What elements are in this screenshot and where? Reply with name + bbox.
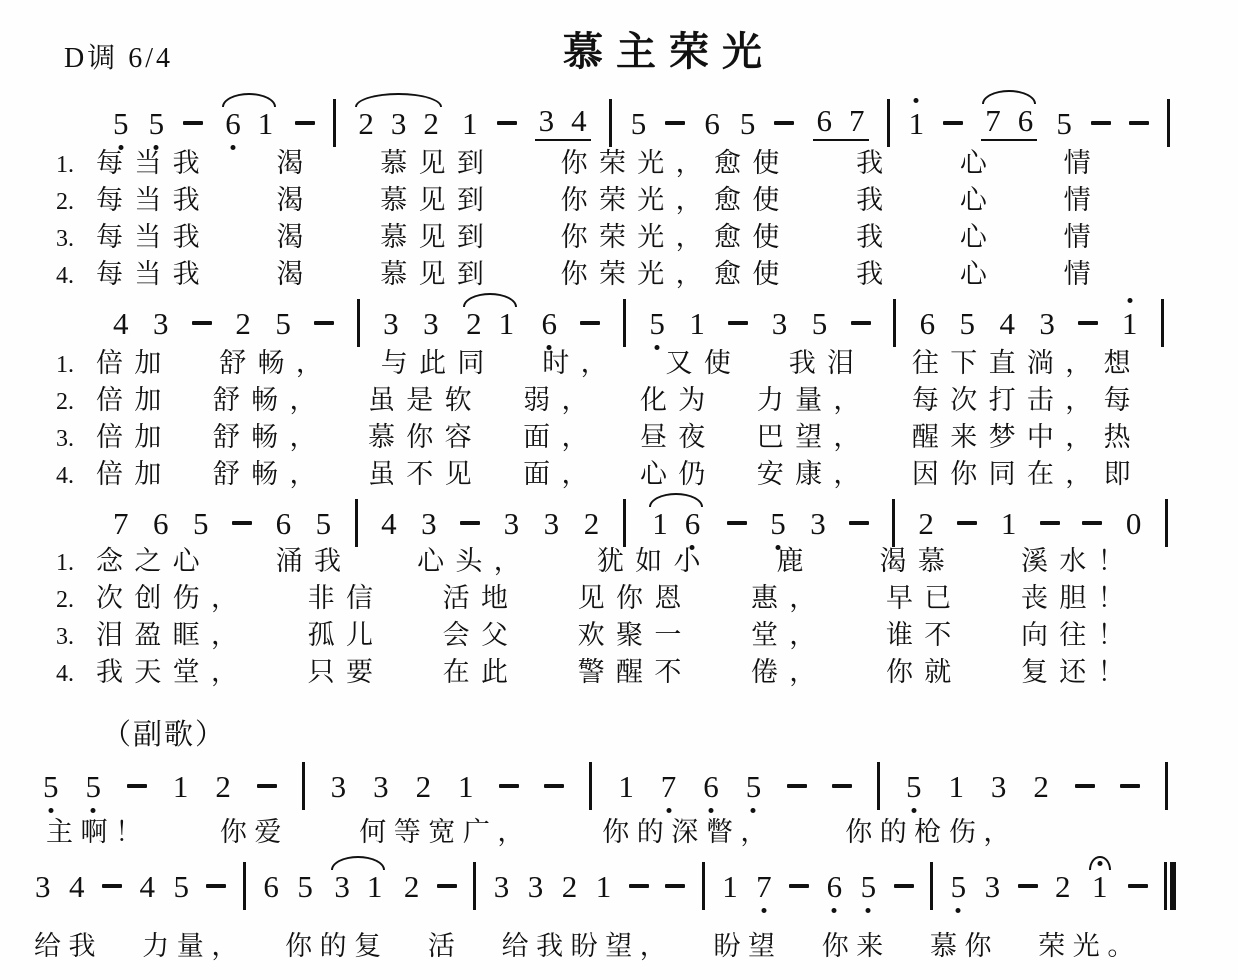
verse-number: 4. [56, 463, 84, 490]
lyric-segment: 早已 [886, 576, 963, 615]
duration-dash [497, 121, 517, 125]
lyric-segment: 堂， [751, 613, 828, 652]
lyric-segment: 你的深瞥， [602, 810, 775, 849]
note-digit: 3 [985, 871, 1001, 902]
note: 1 [366, 871, 384, 902]
beam-group: 34 [535, 105, 591, 141]
lyric-segments: 倍加舒畅，慕你容面，昼夜巴望，醒来梦中，热 [96, 415, 1142, 454]
lyric-row: 主啊！你爱何等宽广，你的深瞥，你的枪伤， [46, 810, 1018, 847]
note: 1 [498, 308, 516, 339]
note-digit: 7 [661, 771, 677, 802]
note: 2 [1054, 871, 1072, 902]
note-digit: 3 [391, 108, 407, 139]
note: 1 [617, 771, 635, 802]
lyric-segment: 你荣光，愈使 [561, 178, 791, 217]
duration-dash [943, 121, 963, 125]
note: 2 [1032, 771, 1050, 802]
note: 3 [990, 771, 1008, 802]
note-digit: 5 [275, 308, 291, 339]
note-digit: 5 [740, 108, 756, 139]
lyric-segment: 力量， [142, 924, 246, 963]
note-digit: 2 [466, 308, 482, 339]
lyric-segment: 向往！ [1021, 613, 1136, 652]
note: 5 [148, 108, 166, 139]
note-digit: 3 [334, 871, 350, 902]
lyric-row: 4.每当我渴慕见到你荣光，愈使我心情 [56, 252, 1102, 289]
lyric-segment: 渴慕 [880, 539, 957, 578]
lyric-segment: 你来 [822, 924, 891, 963]
lyric-segment: 盼望 [714, 924, 783, 963]
lyric-segment: 我泪 [789, 341, 866, 380]
lyric-segment: 鹿 [777, 539, 815, 578]
note-digit: 4 [113, 308, 129, 339]
note-digit: 3 [373, 771, 389, 802]
lyric-segment: 心 [960, 252, 998, 291]
lyric-segment: 每当我 [96, 141, 211, 180]
lyric-segment: 虽是软 [368, 378, 483, 417]
verse-number: 2. [56, 189, 84, 216]
note: 3 [372, 771, 390, 802]
note-digit: 2 [215, 771, 231, 802]
duration-dash [787, 784, 807, 788]
duration-dash [544, 784, 564, 788]
lyric-segment: 给我 [34, 924, 103, 963]
lyric-segment: 荣光。 [1038, 924, 1142, 963]
note-digit: 3 [331, 771, 347, 802]
note: 3 [152, 308, 170, 339]
note-digit: 1 [722, 871, 738, 902]
duration-dash [665, 121, 685, 125]
note-digit: 1 [618, 771, 634, 802]
slur-arc [222, 93, 276, 107]
note-digit: 1 [258, 108, 274, 139]
note-digit: 3 [383, 308, 399, 339]
lyric-segment: 面， [523, 415, 600, 454]
note-digit: 7 [756, 871, 772, 902]
lyric-segment: 倍加 [96, 378, 173, 417]
note-digit: 6 [542, 308, 558, 339]
note-digit: 6 [685, 508, 701, 539]
lyric-row: 1.每当我渴慕见到你荣光，愈使我心情 [56, 141, 1102, 178]
verse-number: 2. [56, 389, 84, 416]
note: 6 [1017, 105, 1035, 136]
duration-dash [1082, 521, 1102, 525]
octave-dot-below [956, 908, 961, 913]
note-digit: 2 [1055, 871, 1071, 902]
lyric-segment: 慕见到 [380, 141, 495, 180]
note: 4 [570, 105, 588, 136]
note: 1 [947, 771, 965, 802]
note: 5 [811, 308, 829, 339]
note-digit: 1 [367, 871, 383, 902]
note: 5 [905, 771, 923, 802]
verse-number: 4. [56, 661, 84, 688]
note-digit: 6 [1018, 105, 1034, 136]
note-digit: 3 [421, 508, 437, 539]
lyric-segment: 复还！ [1021, 650, 1136, 689]
note-digit: 5 [316, 508, 332, 539]
barline [589, 762, 592, 810]
note-digit: 5 [631, 108, 647, 139]
lyrics-chorus-line-2: 给我力量，你的复活给我盼望，盼望你来慕你荣光。 [34, 924, 1142, 961]
duration-dash [1040, 521, 1060, 525]
lyric-segment: 慕见到 [380, 178, 495, 217]
barline [930, 862, 933, 910]
duration-dash [257, 784, 277, 788]
note: 1 [457, 771, 475, 802]
note: 5 [860, 871, 878, 902]
lyric-segment: 倍加 [96, 452, 173, 491]
lyric-segment: 主啊！ [46, 810, 150, 849]
note: 2 [234, 308, 252, 339]
barline [473, 862, 476, 910]
note: 2 [583, 508, 601, 539]
duration-dash [1078, 321, 1098, 325]
duration-dash [102, 884, 122, 888]
lyric-segment: 我天堂， [96, 650, 249, 689]
lyric-segment: 往下直淌，想 [912, 341, 1142, 380]
octave-dot-below [832, 908, 837, 913]
note-digit: 6 [827, 871, 843, 902]
lyric-segments: 每当我渴慕见到你荣光，愈使我心情 [96, 215, 1102, 254]
note: 3 [420, 508, 438, 539]
note: 5 [274, 308, 292, 339]
note: 5 [296, 871, 314, 902]
sheet-music-page: 慕主荣光 D调 6/4 5561232134565671765 1.每当我渴慕见… [0, 0, 1238, 980]
lyric-segments: 泪盈眶，孤儿会父欢聚一堂，谁不向往！ [96, 613, 1136, 652]
octave-dot-above [1097, 861, 1102, 866]
note: 6 [826, 871, 844, 902]
lyric-segment: 在此 [443, 650, 520, 689]
note: 5 [192, 508, 210, 539]
note: 5 [84, 771, 102, 802]
lyric-segment: 巴望， [757, 415, 872, 454]
beam-group: 67 [813, 105, 869, 141]
note: 3 [503, 508, 521, 539]
lyric-segments: 每当我渴慕见到你荣光，愈使我心情 [96, 141, 1102, 180]
barline [1167, 99, 1170, 147]
music-line-4-chorus: 5512332117655132 [42, 757, 1168, 815]
lyric-segment: 醒来梦中，热 [912, 415, 1142, 454]
duration-dash [580, 321, 600, 325]
note-digit: 1 [1122, 308, 1138, 339]
duration-dash [665, 884, 685, 888]
note-digit: 2 [404, 871, 420, 902]
final-barline-thick [1170, 862, 1176, 910]
note: 3 [493, 871, 511, 902]
note-digit: 6 [817, 105, 833, 136]
verse-number: 3. [56, 426, 84, 453]
lyric-segment: 倍加 [96, 415, 173, 454]
note: 4 [68, 871, 86, 902]
lyric-segments: 念之心涌我心头，犹如小鹿渴慕溪水！ [96, 539, 1136, 578]
lyric-row: 3.每当我渴慕见到你荣光，愈使我心情 [56, 215, 1102, 252]
note-digit: 3 [810, 508, 826, 539]
barline [609, 99, 612, 147]
lyric-segments: 倍加舒畅，虽不见面，心仍安康，因你同在，即 [96, 452, 1142, 491]
duration-dash [295, 121, 315, 125]
note-digit: 5 [173, 871, 189, 902]
note: 1 [651, 508, 669, 539]
lyric-segment: 与此同 [381, 341, 496, 380]
lyric-segment: 心 [960, 178, 998, 217]
note: 3 [330, 771, 348, 802]
note-digit: 2 [1033, 771, 1049, 802]
note: 5 [769, 508, 787, 539]
note-digit: 5 [770, 508, 786, 539]
barline [893, 299, 896, 347]
verse-number: 1. [56, 352, 84, 379]
note: 6 [919, 308, 937, 339]
note: 3 [333, 871, 351, 902]
group-notes: 1 [1088, 871, 1112, 902]
note: 6 [262, 871, 280, 902]
note: 3 [422, 308, 440, 339]
note-digit: 7 [849, 105, 865, 136]
note: 6 [224, 108, 242, 139]
duration-dash [206, 884, 226, 888]
note: 7 [112, 508, 130, 539]
slur-arc [982, 90, 1036, 104]
note: 4 [380, 508, 398, 539]
duration-dash [727, 521, 747, 525]
note: 5 [172, 871, 190, 902]
lyric-segment: 每当我 [96, 215, 211, 254]
note: 1 [1091, 871, 1109, 902]
note-digit: 7 [113, 508, 129, 539]
barline [243, 862, 246, 910]
note: 6 [541, 308, 559, 339]
duration-dash [629, 884, 649, 888]
octave-dot-below [761, 908, 766, 913]
lyric-segments: 我天堂，只要在此警醒不倦，你就复还！ [96, 650, 1136, 689]
barline [623, 299, 626, 347]
note: 6 [275, 508, 293, 539]
lyric-row: 3.倍加舒畅，慕你容面，昼夜巴望，醒来梦中，热 [56, 415, 1142, 452]
note: 3 [538, 105, 556, 136]
lyric-segment: 次创伤， [96, 576, 249, 615]
note: 7 [660, 771, 678, 802]
lyric-segment: 情 [1064, 178, 1102, 217]
note-digit: 2 [423, 108, 439, 139]
lyric-row: 2.次创伤，非信活地见你恩惠，早已丧胆！ [56, 576, 1136, 613]
group-notes: 67 [813, 105, 869, 141]
group-notes: 16 [648, 508, 704, 539]
note-digit: 2 [584, 508, 600, 539]
note-digit: 3 [539, 105, 555, 136]
note: 7 [755, 871, 773, 902]
note: 4 [112, 308, 130, 339]
lyrics-verse-part-3: 1.念之心涌我心头，犹如小鹿渴慕溪水！2.次创伤，非信活地见你恩惠，早已丧胆！3… [56, 539, 1136, 687]
lyric-segment: 渴 [276, 215, 314, 254]
note-digit: 2 [918, 508, 934, 539]
lyrics-verse-part-2: 1.倍加舒畅，与此同时，又使我泪往下直淌，想2.倍加舒畅，虽是软弱，化为力量，每… [56, 341, 1142, 489]
group-notes: 61 [221, 108, 277, 139]
note-digit: 4 [381, 508, 397, 539]
note: 5 [739, 108, 757, 139]
note-digit: 4 [139, 871, 155, 902]
note: 2 [357, 108, 375, 139]
note: 6 [816, 105, 834, 136]
lyric-segment: 虽不见 [368, 452, 483, 491]
duration-dash [1128, 884, 1148, 888]
verse-number: 1. [56, 152, 84, 179]
lyric-segment: 惠， [751, 576, 828, 615]
duration-dash [957, 521, 977, 525]
lyric-row: 4.我天堂，只要在此警醒不倦，你就复还！ [56, 650, 1136, 687]
note-digit: 6 [703, 771, 719, 802]
lyric-segment: 每当我 [96, 252, 211, 291]
lyric-segment: 念之心 [96, 539, 211, 578]
lyric-segment: 渴 [276, 141, 314, 180]
slur-arc [331, 856, 385, 870]
lyric-segments: 倍加舒畅，虽是软弱，化为力量，每次打击，每 [96, 378, 1142, 417]
lyric-segment: 力量， [757, 378, 872, 417]
note-digit: 1 [462, 108, 478, 139]
duration-dash [192, 321, 212, 325]
note-digit: 5 [149, 108, 165, 139]
duration-dash [849, 521, 869, 525]
barline [877, 762, 880, 810]
lyric-segment: 活地 [443, 576, 520, 615]
lyric-segment: 安康， [757, 452, 872, 491]
note: 5 [648, 308, 666, 339]
note: 1 [461, 108, 479, 139]
lyric-segment: 你荣光，愈使 [561, 141, 791, 180]
note: 4 [138, 871, 156, 902]
note-digit: 6 [276, 508, 292, 539]
note-digit: 6 [153, 508, 169, 539]
lyric-segment: 慕你 [930, 924, 999, 963]
octave-dot-above [914, 98, 919, 103]
lyric-segment: 舒畅， [213, 452, 328, 491]
lyric-segment: 昼夜 [640, 415, 717, 454]
lyric-segments: 次创伤，非信活地见你恩惠，早已丧胆！ [96, 576, 1136, 615]
note-digit: 3 [528, 871, 544, 902]
note-digit: 5 [297, 871, 313, 902]
note-digit: 4 [999, 308, 1015, 339]
lyric-segment: 我 [856, 215, 894, 254]
group-notes: 34 [535, 105, 591, 141]
lyric-segment: 又使 [666, 341, 743, 380]
lyric-row: 3.泪盈眶，孤儿会父欢聚一堂，谁不向往！ [56, 613, 1136, 650]
slur-group: 31 [330, 871, 386, 902]
note: 5 [630, 108, 648, 139]
note: 5 [959, 308, 977, 339]
note: 2 [561, 871, 579, 902]
note-digit: 6 [225, 108, 241, 139]
note-digit: 1 [173, 771, 189, 802]
note: 1 [721, 871, 739, 902]
duration-dash [460, 521, 480, 525]
final-barline-thin [1164, 862, 1167, 910]
lyric-segments: 每当我渴慕见到你荣光，愈使我心情 [96, 252, 1102, 291]
duration-dash [894, 884, 914, 888]
barline [302, 762, 305, 810]
lyric-segment: 给我盼望， [502, 924, 675, 963]
note-digit: 3 [991, 771, 1007, 802]
note-digit: 5 [649, 308, 665, 339]
lyric-row: 4.倍加舒畅，虽不见面，心仍安康，因你同在，即 [56, 452, 1142, 489]
note: 2 [465, 308, 483, 339]
lyric-segment: 情 [1064, 141, 1102, 180]
barline [702, 862, 705, 910]
note: 3 [382, 308, 400, 339]
note-digit: 3 [772, 308, 788, 339]
slur-group: 76 [981, 105, 1037, 141]
note-digit: 5 [906, 771, 922, 802]
lyric-segment: 孤儿 [308, 613, 385, 652]
group-notes: 76 [981, 105, 1037, 141]
note-digit: 3 [504, 508, 520, 539]
lyric-segment: 我 [856, 252, 894, 291]
lyric-segment: 心 [960, 215, 998, 254]
note-digit: 5 [193, 508, 209, 539]
note-digit: 0 [1126, 508, 1142, 539]
duration-dash [789, 884, 809, 888]
slur-arc [463, 293, 517, 307]
note: 3 [34, 871, 52, 902]
note-digit: 1 [689, 308, 705, 339]
duration-dash [851, 321, 871, 325]
note: 3 [390, 108, 408, 139]
duration-dash [183, 121, 203, 125]
note: 3 [809, 508, 827, 539]
slur-arc [355, 93, 442, 107]
note: 1 [257, 108, 275, 139]
note-digit: 3 [494, 871, 510, 902]
note-digit: 6 [920, 308, 936, 339]
duration-dash [1018, 884, 1038, 888]
note: 5 [42, 771, 60, 802]
lyric-segment: 非信 [308, 576, 385, 615]
lyric-segment: 会父 [443, 613, 520, 652]
lyric-row: 给我力量，你的复活给我盼望，盼望你来慕你荣光。 [34, 924, 1142, 961]
music-line-5-chorus: 344565312332117655321 [34, 857, 1176, 915]
duration-dash [314, 321, 334, 325]
lyric-segment: 何等宽广， [359, 810, 532, 849]
verse-number: 4. [56, 263, 84, 290]
note-digit: 1 [1001, 508, 1017, 539]
note-digit: 5 [746, 771, 762, 802]
verse-number: 1. [56, 550, 84, 577]
lyric-segment: 涌我 [276, 539, 353, 578]
note-digit: 3 [423, 308, 439, 339]
note-digit: 3 [544, 508, 560, 539]
note: 3 [1038, 308, 1056, 339]
verse-number: 2. [56, 587, 84, 614]
note-digit: 3 [35, 871, 51, 902]
lyric-segments: 给我力量，你的复活给我盼望，盼望你来慕你荣光。 [34, 924, 1142, 963]
barline [1161, 299, 1164, 347]
barline [333, 99, 336, 147]
lyric-segment: 丧胆！ [1021, 576, 1136, 615]
note-digit: 5 [861, 871, 877, 902]
lyric-segment: 倦， [751, 650, 828, 689]
lyric-segment: 渴 [276, 252, 314, 291]
lyric-segment: 每次打击，每 [912, 378, 1142, 417]
lyric-segment: 只要 [308, 650, 385, 689]
duration-dash [1075, 784, 1095, 788]
note: 1 [688, 308, 706, 339]
slur-group: 232 [354, 108, 443, 139]
note: 2 [214, 771, 232, 802]
note: 2 [403, 871, 421, 902]
lyric-segment: 情 [1064, 252, 1102, 291]
note: 5 [112, 108, 130, 139]
note: 5 [950, 871, 968, 902]
note: 0 [1125, 508, 1143, 539]
